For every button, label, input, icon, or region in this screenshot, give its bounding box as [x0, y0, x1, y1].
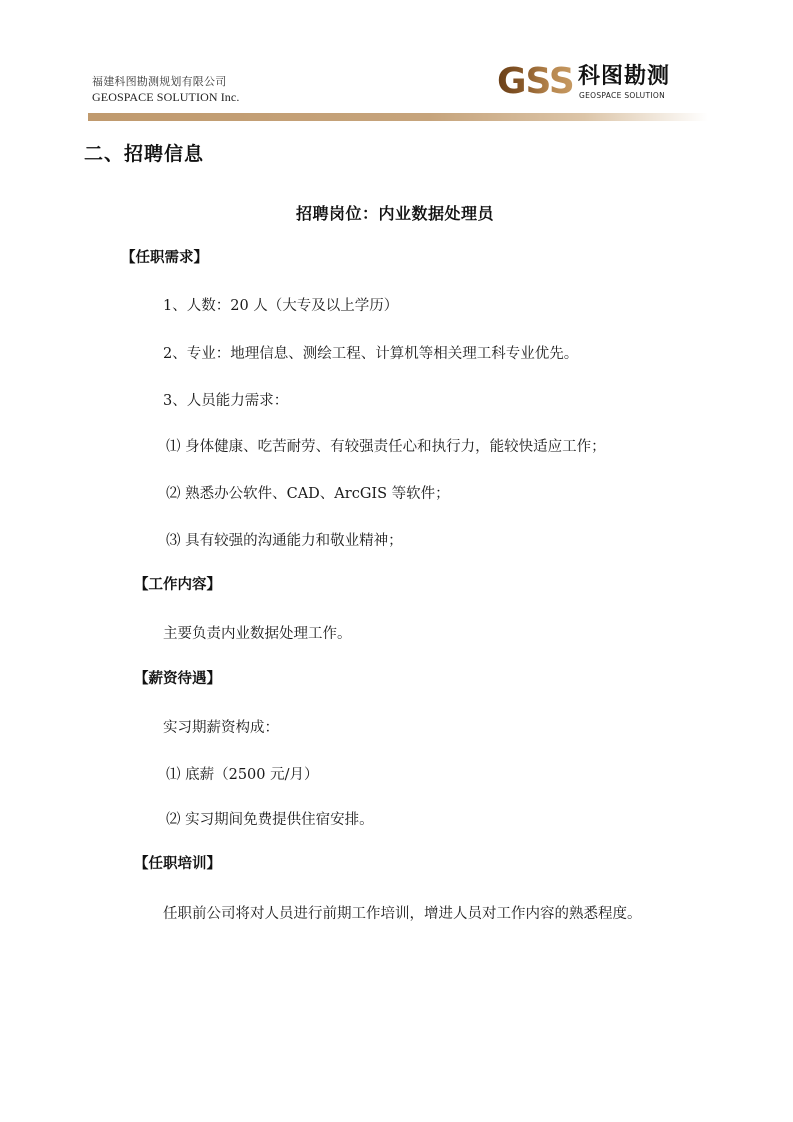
requirement-line: 2、专业：地理信息、测绘工程、计算机等相关理工科专业优先。 — [163, 342, 578, 363]
logo-name-cn: 科图勘测 — [578, 64, 670, 90]
requirement-line: ⑴ 身体健康、吃苦耐劳、有较强责任心和执行力，能较快适应工作； — [166, 435, 606, 456]
salary-line: ⑴ 底薪（2500 元/月） — [166, 763, 319, 784]
salary-line: ⑵ 实习期间免费提供住宿安排。 — [166, 808, 374, 829]
company-logo: GSS 科图勘测 GEOSPACE SOLUTION — [497, 62, 687, 106]
header-divider-bar — [88, 113, 708, 121]
requirement-line: 1、人数：20 人（大专及以上学历） — [163, 294, 398, 315]
training-line: 任职前公司将对人员进行前期工作培训，增进人员对工作内容的熟悉程度。 — [163, 902, 642, 923]
company-name-en: GEOSPACE SOLUTION Inc. — [92, 90, 239, 105]
requirement-line: ⑵ 熟悉办公软件、CAD、ArcGIS 等软件； — [166, 482, 450, 503]
requirement-line: 3、人员能力需求： — [163, 389, 288, 410]
logo-name-en: GEOSPACE SOLUTION — [579, 91, 665, 100]
logo-mark: GSS — [497, 62, 574, 102]
salary-line: 实习期薪资构成： — [163, 716, 279, 737]
company-name-cn: 福建科图勘测规划有限公司 — [92, 73, 226, 89]
heading-job-content: 【工作内容】 — [134, 573, 221, 594]
position-title: 招聘岗位：内业数据处理员 — [296, 201, 494, 224]
requirement-line: ⑶ 具有较强的沟通能力和敬业精神； — [166, 529, 403, 550]
heading-requirements: 【任职需求】 — [121, 246, 208, 267]
heading-training: 【任职培训】 — [134, 852, 221, 873]
job-content-line: 主要负责内业数据处理工作。 — [163, 622, 352, 643]
heading-salary: 【薪资待遇】 — [134, 667, 221, 688]
section-title: 二、招聘信息 — [84, 139, 204, 166]
